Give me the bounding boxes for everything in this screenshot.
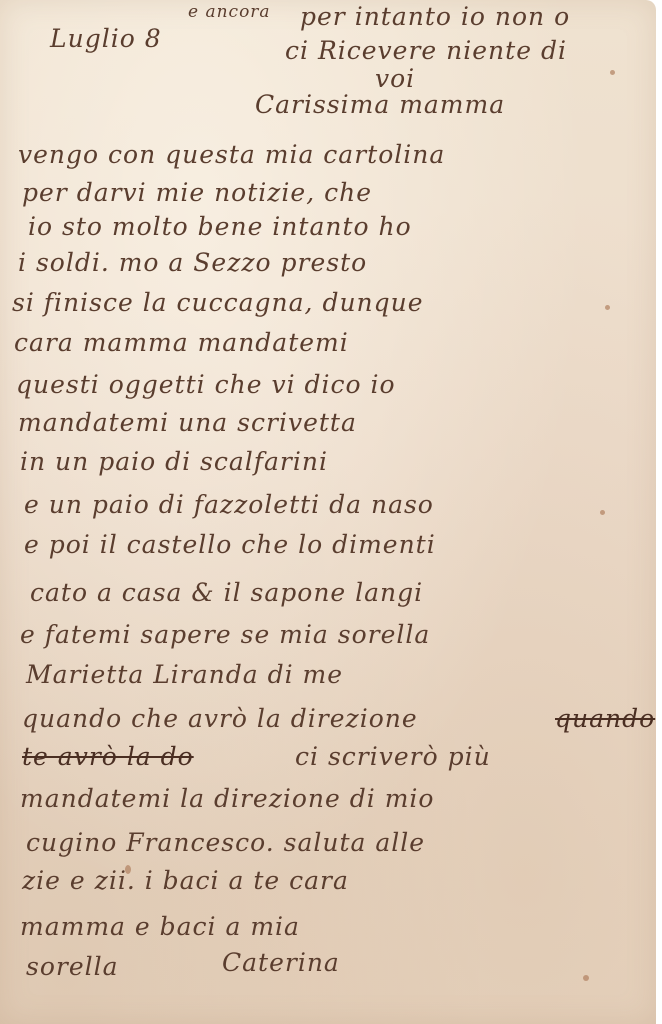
ink-spot [600,510,605,515]
body-line: cugino Francesco. saluta alle [26,828,425,857]
body-line: i soldi. mo a Sezzo presto [18,248,367,277]
body-line: e poi il castello che lo dimenti [24,530,436,559]
insert-above: e ancora [188,2,271,22]
body-line: mandatemi una scrivetta [18,408,357,437]
body-line: questi oggetti che vi dico io [16,370,396,399]
ink-spot [605,305,610,310]
body-line: quando che avrò la direzione [22,704,418,733]
body-line: zie e zii. i baci a te cara [22,866,349,895]
body-line: in un paio di scalfarini [20,447,328,476]
body-line: mandatemi la direzione di mio [20,784,434,813]
body-line: si finisce la cuccagna, dunque [12,288,424,317]
ink-spot [610,70,615,75]
body-line: sorella [26,952,119,981]
salutation: Carissima mamma [255,90,505,119]
body-line: e fatemi sapere se mia sorella [20,620,430,649]
margin-note-line1: per intanto io non o [300,2,570,31]
signature: Caterina [222,948,340,977]
body-line: e un paio di fazzoletti da naso [24,490,434,519]
body-line: cato a casa & il sapone langi [30,578,423,607]
body-line: mamma e baci a mia [20,912,300,941]
body-line: io sto molto bene intanto ho [28,212,412,241]
struck-word: quando [555,704,655,733]
date: Luglio 8 [50,24,162,53]
margin-note-line3: voi [375,64,415,93]
body-line: per darvi mie notizie, che [22,178,372,207]
ink-spot [583,975,589,981]
body-line: Marietta Liranda di me [26,660,343,689]
body-line: vengo con questa mia cartolina [18,140,445,169]
struck-line: te avrò la do [22,742,194,771]
margin-note-line2: ci Ricevere niente di [285,36,567,65]
postcard: e ancora Luglio 8 per intanto io non o c… [0,0,656,1024]
body-line: cara mamma mandatemi [14,328,349,357]
body-line: ci scriverò più [295,742,491,771]
